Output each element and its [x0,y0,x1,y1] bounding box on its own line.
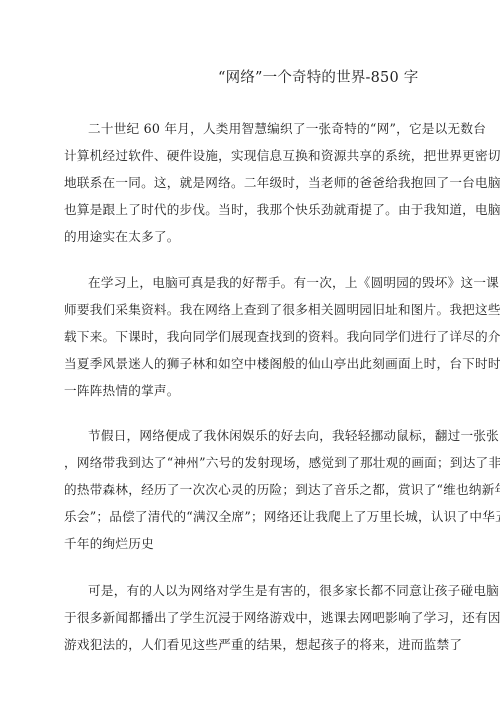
paragraph-line: 的热带森林，经历了一次次心灵的历险；到达了音乐之都，赏识了“维也纳新年音 [64,479,500,498]
paragraph-line: 计算机经过软件、硬件设施，实现信息互换和资源共享的系统，把世界更密切 [64,145,500,164]
paragraph-line: 载下来。下课时，我向同学们展现查找到的资料。我向同学们进行了详尽的介绍， [64,326,500,345]
paragraph-line: 在学习上，电脑可真是我的好帮手。有一次，上《圆明园的毁坏》这一课，老 [88,272,500,291]
paragraph-line: 千年的绚烂历史 [64,533,154,552]
paragraph-line: 一阵阵热情的掌声。 [64,380,180,399]
paragraph-line: 二十世纪 60 年月，人类用智慧编织了一张奇特的“网”，它是以无数台 [88,118,486,137]
paragraph-line: 于很多新闻都播出了学生沉浸于网络游戏中，逃课去网吧影响了学习，还有因网络 [64,607,500,626]
paragraph-line: ，网络带我到达了“神州”六号的发射现场，感觉到了那壮观的画面；到达了非洲 [64,452,500,471]
document-title: “网络”一个奇特的世界-850 字 [218,66,418,87]
paragraph-line: 节假日，网络便成了我休闲娱乐的好去向，我轻轻挪动鼠标，翻过一张张网面 [88,425,500,444]
paragraph-line: 乐会”；品偿了清代的“满汉全席”；网络还让我爬上了万里长城，认识了中华五 [64,506,500,525]
paragraph-line: 师要我们采集资料。我在网络上查到了很多相关圆明园旧址和图片。我把这些都下 [64,299,500,318]
paragraph-line: 的用途实在太多了。 [64,226,180,245]
paragraph-line: 地联系在一同。这，就是网络。二年级时，当老师的爸爸给我抱回了一台电脑， [64,172,500,191]
paragraph-line: 当夏季风景迷人的狮子林和如空中楼阁般的仙山亭出此刻画面上时，台下时时响起 [64,353,500,372]
paragraph-line: 游戏犯法的，人们看见这些严重的结果，想起孩子的将来，进而监禁了 [64,634,462,653]
paragraph-line: 可是，有的人以为网络对学生是有害的，很多家长都不同意让孩子碰电脑，由 [88,580,500,599]
document-page: “网络”一个奇特的世界-850 字 二十世纪 60 年月，人类用智慧编织了一张奇… [0,0,500,708]
paragraph-line: 也算是跟上了时代的步伐。当时，我那个快乐劲就甭提了。由于我知道，电脑 [64,199,500,218]
